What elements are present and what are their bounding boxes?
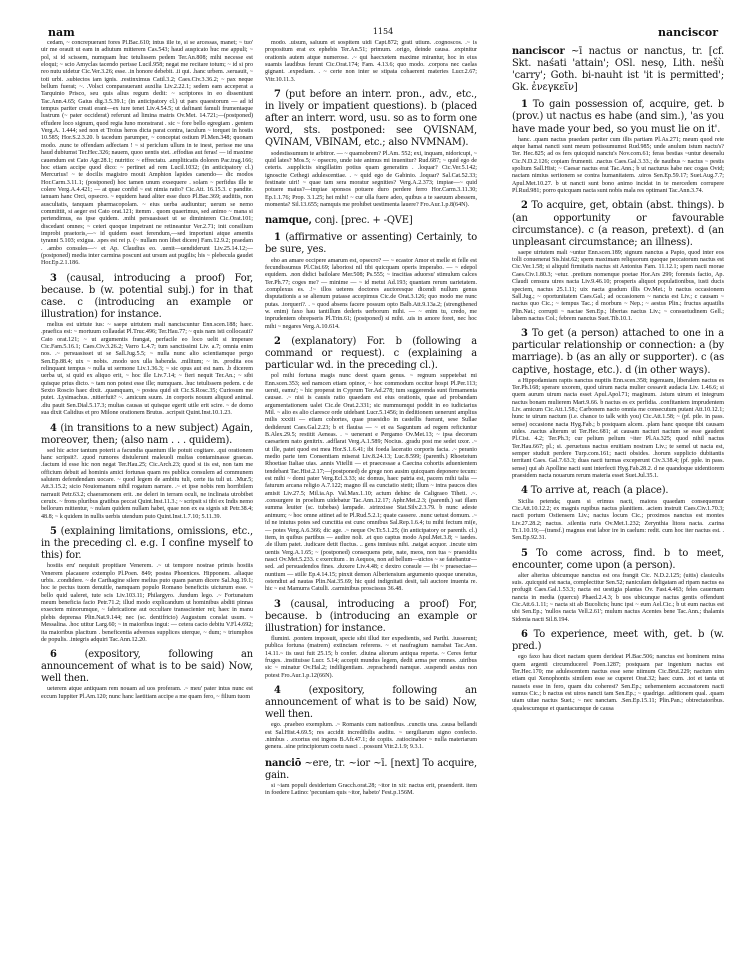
page-number: 1154 [48,27,718,36]
sense-number: 3 [521,328,528,339]
sense-definition: 3 To get (a person) attached to one in a… [512,328,724,376]
sense-number: 7 [274,89,281,100]
sense-definition: 1 To gain possession of, acquire, get. b… [512,99,724,135]
sense-text: (explanatory) For. b (following a comman… [265,336,477,371]
sense-number: 2 [274,336,281,347]
right-running-headword: nanciscor [658,26,718,39]
sense-definition: 6 (expository, following an announcement… [41,649,253,685]
citation-block: alter alterius ubicumque nanctus est ora… [512,573,724,624]
citation-block: sed hic actor tantum poterit a facundia … [41,448,253,521]
sense-definition: 5 To come across, find. b to meet, encou… [512,548,724,572]
column-1: cedam, ~ concrepuerant fores Pl.Bac.610;… [41,40,253,920]
sense-text: To arrive at, reach (a place). [528,485,669,496]
citation-block: pol mihi fortuna magis nunc deest quam g… [265,373,477,593]
sense-number: 4 [274,685,281,696]
citation-block: Sicilia petenda; quam si erimus nacti, m… [512,499,724,543]
sense-definition: 4 (expository, following an announcement… [265,685,477,721]
sense-definition: 4 To arrive at, reach (a place). [512,485,724,497]
sense-text: (causal, introducing a proof) For, becau… [41,273,253,320]
sense-number: 3 [274,599,281,610]
sense-number: 3 [50,273,57,284]
citation-block: ego faxo hau dicet nactam quem derideat … [512,654,724,713]
dictionary-entry-head: nanciō ~ere, tr. ~ior ~ī. [next] To acqu… [265,758,477,782]
column-2: modo. .uisum, saluum et sospitem uidi Ca… [265,40,477,940]
sense-text: (in transitions to a new subject) Again,… [41,423,253,446]
citation-block: si ~iam populi desiderium Gracch.orat.28… [265,783,477,798]
entry-lemma: nanciō [265,758,301,769]
sense-text: (expository, following an announcement o… [41,649,253,684]
sense-definition: 6 To experience, meet with, get. b (w. p… [512,629,724,653]
sense-text: (explaining limitations, omissions, etc.… [41,526,253,561]
sense-number: 4 [50,423,57,434]
citation-block: flumini. .pontem imposuit, specie sibi i… [265,636,477,680]
sense-number: 1 [274,232,281,243]
sense-number: 6 [50,649,57,660]
sense-text: (expository, following an announcement o… [265,685,477,720]
citation-block: hanc. .quam nactus praedam pariter cum i… [512,137,724,196]
sense-text: To experience, meet with, get. b (w. pre… [512,629,724,652]
entry-lemma: nanciscor [512,46,565,57]
column-3: nanciscor ~ī nactus or nanctus, tr. [cf.… [512,40,724,950]
sense-number: 6 [521,629,528,640]
dictionary-entry-head: namque, conj. [prec. + -QVE] [265,215,477,227]
citation-block: eho an amare occipere amarum est, opsecr… [265,258,477,331]
sense-definition: 2 To acquire, get, obtain (abst. things)… [512,200,724,248]
sense-definition: 2 (explanatory) For. b (following a comm… [265,336,477,372]
sense-text: To gain possession of, acquire, get. b (… [512,99,724,134]
entry-etymology: conj. [prec. + -QVE] [312,215,413,226]
sense-definition: 1 (affirmative or assenting) Certainly, … [265,232,477,256]
sense-text: To come across, find. b to meet, encount… [512,548,724,571]
sense-number: 1 [521,99,528,110]
citation-block: ueterem atque antiquam rem nouam ad uos … [41,686,253,701]
citation-block: ego. .praebeo exemplum. .~ Romanis cum n… [265,722,477,751]
sense-text: (put before an interr. pron., adv., etc.… [265,89,477,148]
sense-number: 4 [521,485,528,496]
page-header: nam 1154 nanciscor [48,26,718,40]
sense-text: (affirmative or assenting) Certainly, to… [265,232,477,255]
sense-number: 2 [521,200,528,211]
citation-block: sodestissumum te arbitror. — ~ quamobrem… [265,151,477,210]
sense-definition: 3 (causal, introducing a proof) For, bec… [41,273,253,321]
sense-definition: 7 (put before an interr. pron., adv., et… [265,89,477,149]
sense-text: To get (a person) attached to one in a p… [512,328,724,375]
entry-lemma: namque, [265,215,312,226]
sense-text: To acquire, get, obtain (abst. things). … [512,200,724,247]
sense-definition: 5 (explaining limitations, omissions, et… [41,526,253,562]
citation-block: hostiis eru' nequiuit propitiare Venerem… [41,563,253,644]
sense-number: 5 [50,526,57,537]
citation-block: a Hippodamiam raptis nanctus nuptiis Enn… [512,378,724,481]
dictionary-entry-head: nanciscor ~ī nactus or nanctus, tr. [cf.… [512,46,724,94]
sense-text: (causal, introducing a proof) For, becau… [265,599,477,634]
sense-number: 5 [521,548,528,559]
citation-block: melius est uirtute ius: ~ saepe uirtutem… [41,322,253,417]
sense-definition: 4 (in transitions to a new subject) Agai… [41,423,253,447]
citation-block: cedam, ~ concrepuerant fores Pl.Bac.610;… [41,40,253,268]
citation-block: saepe uirtutem mali ~untur Enn.scen.189;… [512,250,724,323]
citation-block: modo. .uisum, saluum et sospitem uidi Ca… [265,40,477,84]
sense-definition: 3 (causal, introducing a proof) For, bec… [265,599,477,635]
